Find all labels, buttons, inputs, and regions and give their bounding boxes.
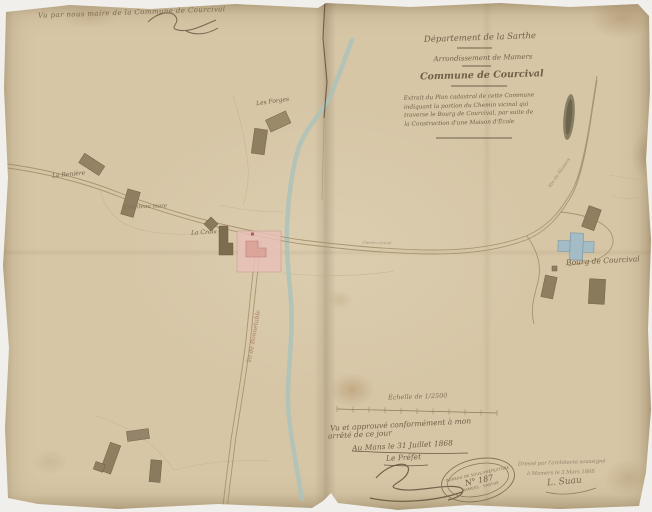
parcel-boundary-lines	[95, 96, 651, 470]
road-lines	[0, 76, 613, 506]
building-bourg-north	[582, 206, 602, 231]
building-southwest-3	[149, 460, 162, 483]
school-parcel	[237, 231, 281, 272]
architect-signature-flourish	[546, 488, 596, 494]
road-label-center: chemin vicinal	[362, 240, 391, 246]
place-label-la-croix: La Croix	[191, 228, 217, 236]
building-les-forges-2	[251, 128, 267, 155]
approval-signatory: Le Préfet	[386, 452, 422, 463]
building-les-forges-1	[265, 111, 290, 132]
cadastral-plan-drawing	[0, 0, 652, 512]
building-chanteau-mare	[121, 189, 141, 218]
title-extract-paragraph: Extrait du Plan cadastral de cette Commu…	[404, 91, 547, 129]
scale-bar	[337, 406, 497, 416]
school-red-mark	[251, 233, 254, 236]
scanned-map-document: Vu par nous maire de la Commune de Courc…	[0, 0, 652, 512]
building-bourg-southeast	[588, 279, 605, 305]
mayor-signature	[148, 13, 218, 34]
building-bourg-small	[552, 266, 557, 271]
fold-crack-faint	[322, 118, 324, 200]
aged-paper-sheet: Vu par nous maire de la Commune de Courc…	[0, 0, 652, 512]
tree-alley-mark	[562, 94, 577, 141]
building-bourg-southwest	[541, 275, 557, 299]
